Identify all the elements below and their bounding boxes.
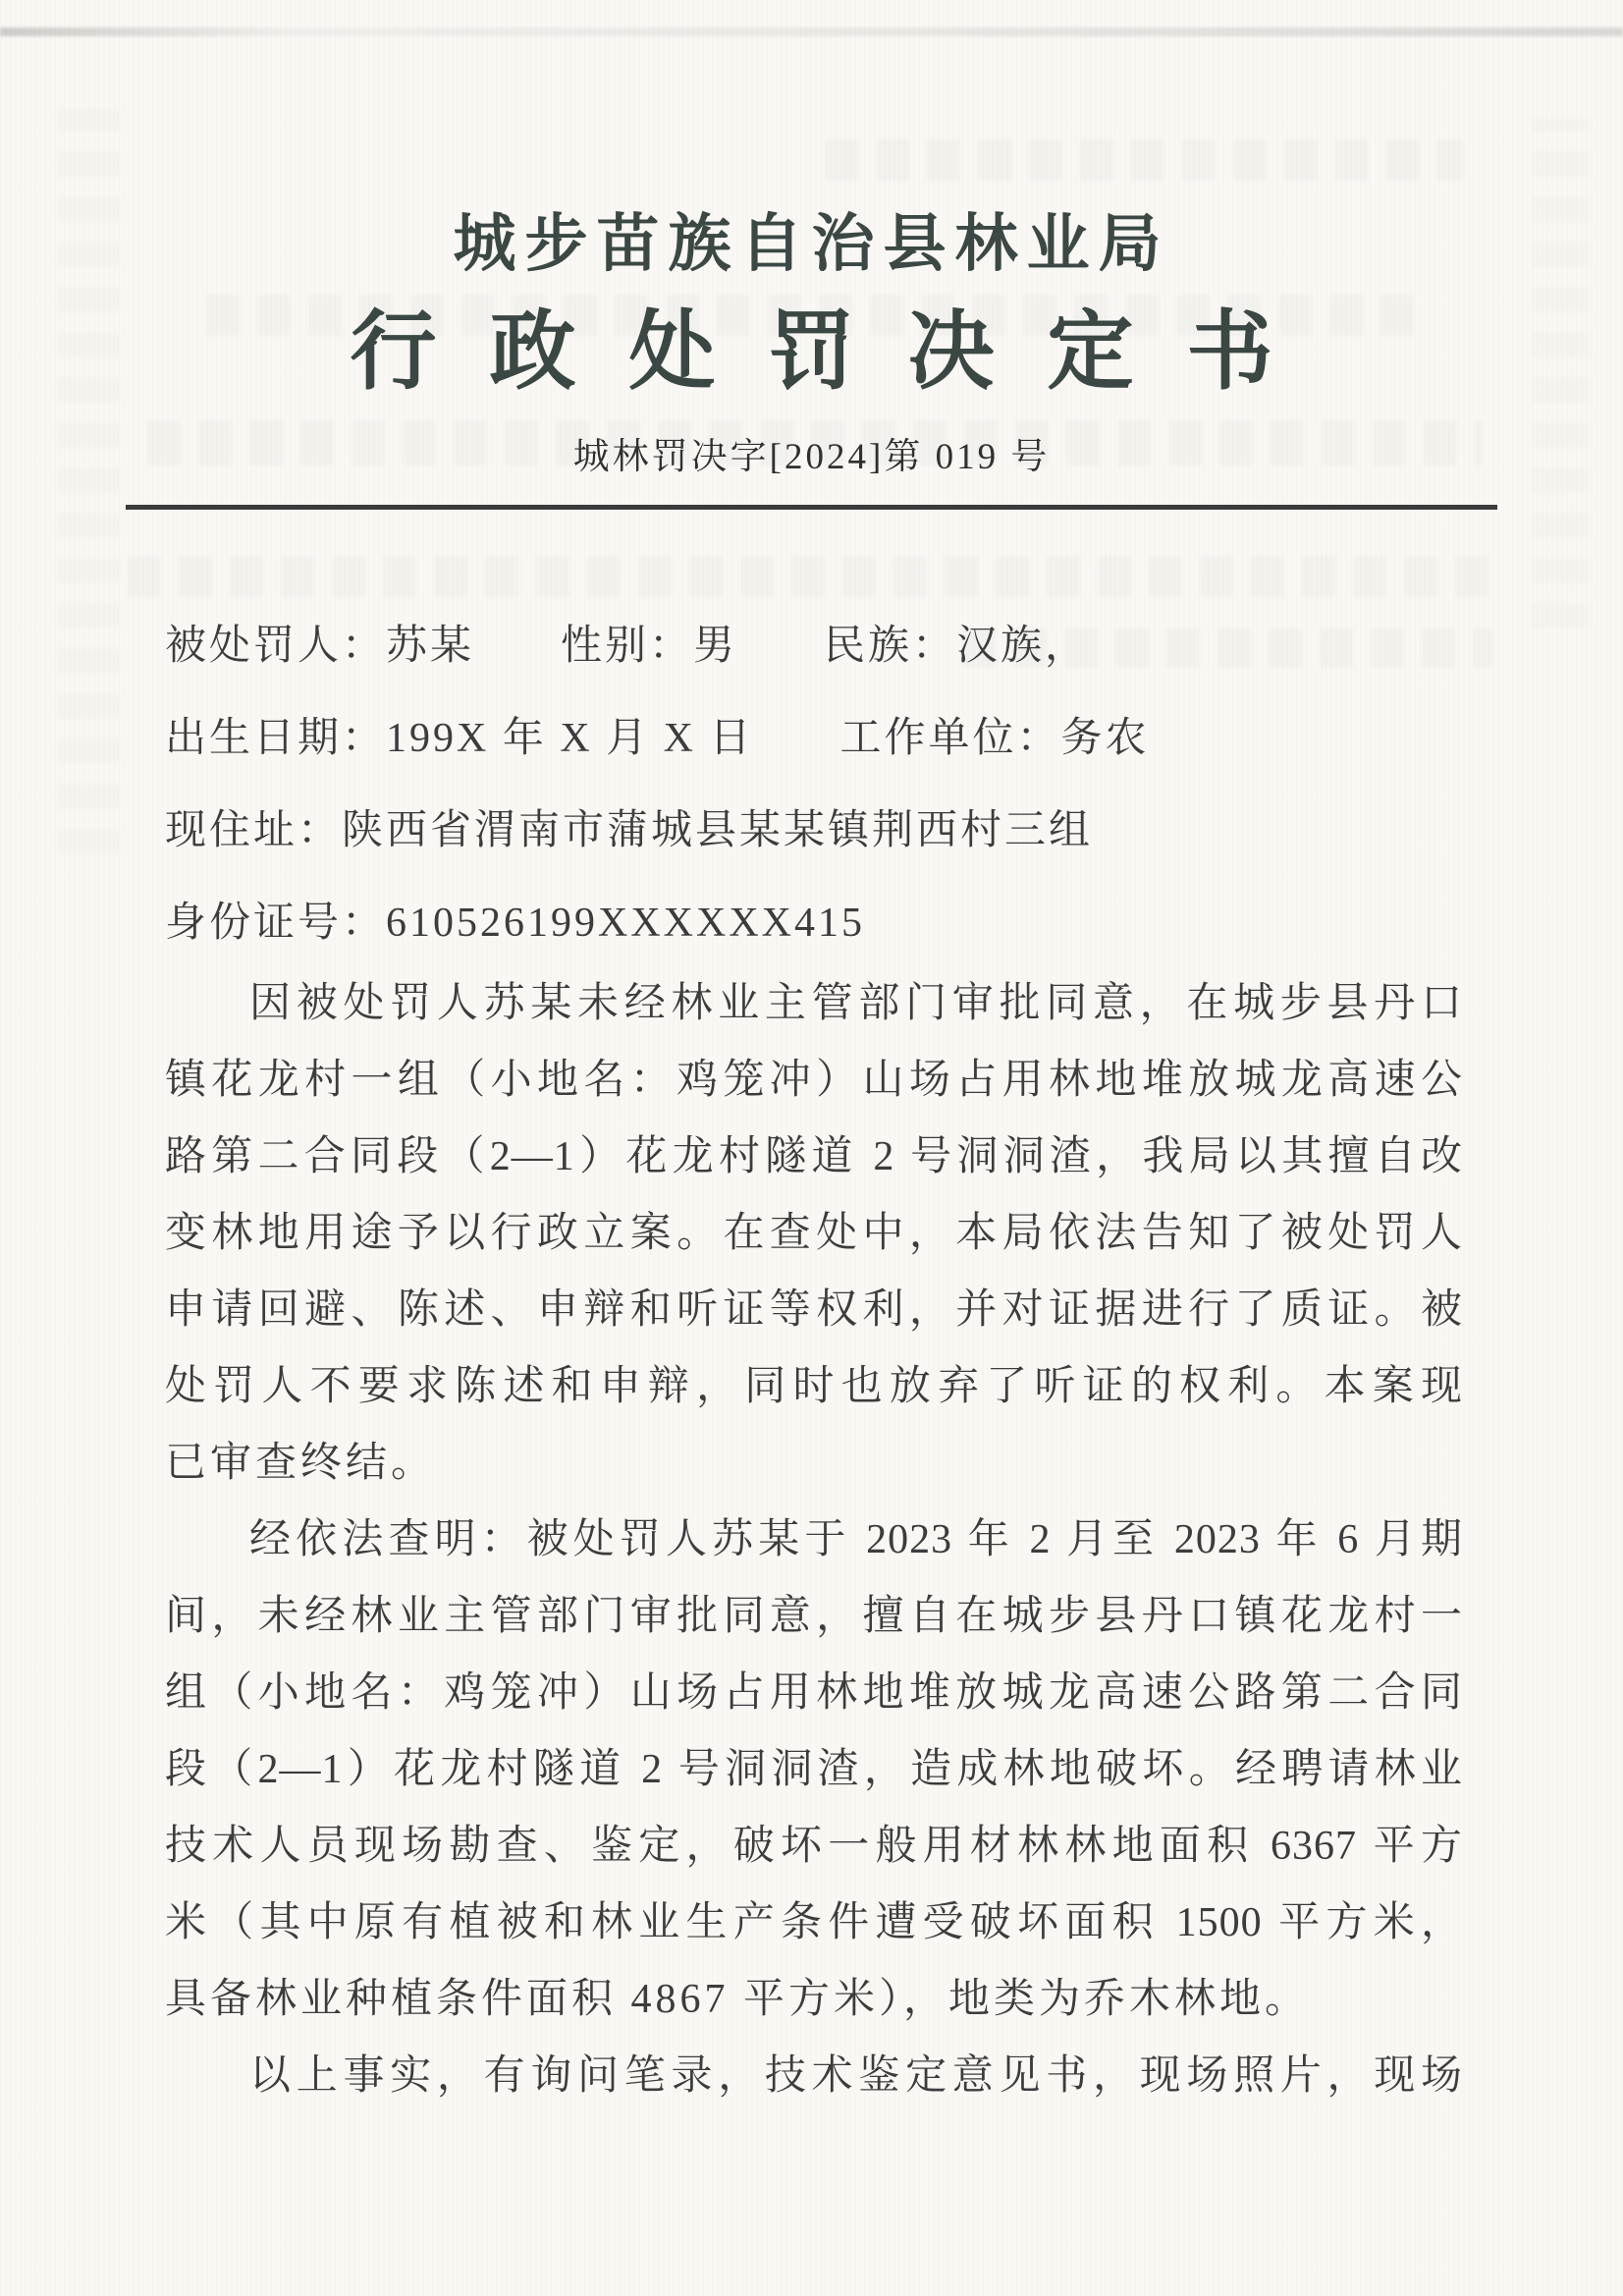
header-divider-rule (126, 505, 1497, 510)
document-paragraphs: 因被处罚人苏某未经林业主管部门审批同意，在城步县丹口镇花龙村一组（小地名：鸡笼冲… (165, 965, 1463, 2114)
document-number: 城林罚决字[2024]第 019 号 (0, 434, 1623, 481)
info-field: 出生日期：199X 年 X 月 X 日 (165, 705, 754, 764)
issuing-agency-title: 城步苗族自治县林业局 (0, 0, 1623, 283)
body-line: 段（2—1）花龙村隧道 2 号洞洞渣，造成林地破坏。经聘请林业 (165, 1731, 1463, 1808)
info-field: 性别：男 (561, 613, 737, 672)
info-field: 现住址：陕西省渭南市蒲城县某某镇荆西村三组 (165, 797, 1093, 856)
body-line: 组（小地名：鸡笼冲）山场占用林地堆放城龙高速公路第二合同 (165, 1655, 1463, 1731)
body-line: 已审查终结。 (165, 1425, 1463, 1502)
bleedthrough-artifact (128, 556, 1502, 597)
penalized-person-info: 被处罚人：苏某性别：男民族：汉族，出生日期：199X 年 X 月 X 日工作单位… (165, 596, 1463, 965)
body-line: 变林地用途予以行政立案。在查处中，本局依法告知了被处罚人 (165, 1195, 1463, 1272)
info-line: 身份证号：610526199XXXXXX415 (165, 873, 1463, 965)
body-line: 米（其中原有植被和林业生产条件遭受破坏面积 1500 平方米， (165, 1885, 1463, 1961)
document-title: 行政处罚决定书 (0, 297, 1623, 407)
body-line: 处罚人不要求陈述和申辩，同时也放弃了听证的权利。本案现 (165, 1348, 1463, 1425)
paragraph: 以上事实，有询问笔录，技术鉴定意见书，现场照片，现场 (165, 2038, 1463, 2114)
body-line: 路第二合同段（2—1）花龙村隧道 2 号洞洞渣，我局以其擅自改 (165, 1119, 1463, 1195)
info-line: 现住址：陕西省渭南市蒲城县某某镇荆西村三组 (165, 781, 1463, 873)
info-field: 民族：汉族， (824, 613, 1089, 672)
paragraph: 经依法查明：被处罚人苏某于 2023 年 2 月至 2023 年 6 月期间，未… (165, 1502, 1463, 2038)
body-line: 具备林业种植条件面积 4867 平方米），地类为乔木林地。 (165, 1961, 1463, 2038)
scanned-document-page: 城步苗族自治县林业局 行政处罚决定书 城林罚决字[2024]第 019 号 被处… (0, 0, 1623, 2296)
body-line: 技术人员现场勘查、鉴定，破坏一般用材林林地面积 6367 平方 (165, 1808, 1463, 1885)
body-line: 申请回避、陈述、申辩和听证等权利，并对证据进行了质证。被 (165, 1272, 1463, 1348)
info-line: 出生日期：199X 年 X 月 X 日工作单位：务农 (165, 688, 1463, 781)
info-field: 身份证号：610526199XXXXXX415 (165, 890, 865, 949)
scan-edge-artifact (0, 27, 1623, 36)
body-line: 镇花龙村一组（小地名：鸡笼冲）山场占用林地堆放城龙高速公 (165, 1042, 1463, 1119)
info-field: 工作单位：务农 (840, 705, 1150, 764)
paragraph: 因被处罚人苏某未经林业主管部门审批同意，在城步县丹口镇花龙村一组（小地名：鸡笼冲… (165, 965, 1463, 1502)
document-body: 被处罚人：苏某性别：男民族：汉族，出生日期：199X 年 X 月 X 日工作单位… (165, 596, 1463, 2114)
document-header: 城步苗族自治县林业局 行政处罚决定书 城林罚决字[2024]第 019 号 (0, 0, 1623, 510)
info-field: 被处罚人：苏某 (165, 613, 474, 672)
body-line: 间，未经林业主管部门审批同意，擅自在城步县丹口镇花龙村一 (165, 1578, 1463, 1655)
body-line: 因被处罚人苏某未经林业主管部门审批同意，在城步县丹口 (165, 965, 1463, 1042)
body-line: 以上事实，有询问笔录，技术鉴定意见书，现场照片，现场 (165, 2038, 1463, 2114)
body-line: 经依法查明：被处罚人苏某于 2023 年 2 月至 2023 年 6 月期 (165, 1502, 1463, 1578)
info-line: 被处罚人：苏某性别：男民族：汉族， (165, 596, 1463, 688)
